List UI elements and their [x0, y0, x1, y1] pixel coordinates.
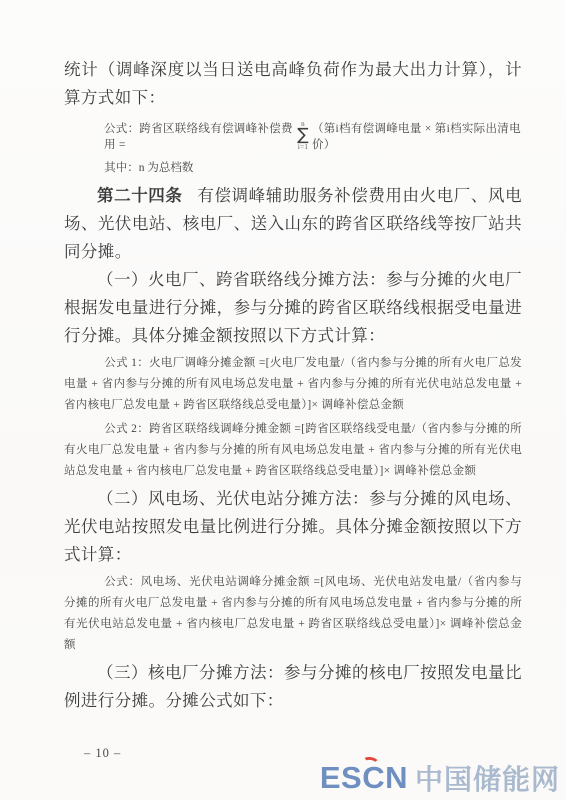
paragraph-continuation: 统计（调峰深度以当日送电高峰负荷作为最大出力计算），计算方式如下：: [64, 56, 522, 112]
sigma-icon: ∑: [297, 128, 309, 143]
formula-main-prefix: 公式：跨省区联络线有偿调峰补偿费用 =: [104, 120, 294, 152]
escn-logo-site-name: 中国储能网: [415, 758, 560, 798]
article-24-heading: 第二十四条: [97, 186, 183, 205]
document-content: 统计（调峰深度以当日送电高峰负荷作为最大出力计算），计算方式如下： 公式：跨省区…: [64, 56, 522, 715]
formula-1-paragraph: 公式 1：火电厂调峰分摊金额 =[火电厂发电量/（省内参与分摊的所有火电厂总发电…: [64, 353, 522, 416]
document-page: 统计（调峰深度以当日送电高峰负荷作为最大出力计算），计算方式如下： 公式：跨省区…: [0, 0, 566, 800]
summation-symbol: n ∑ i=1: [297, 121, 309, 152]
page-number: – 10 –: [84, 746, 121, 761]
escn-logo-letters: ESCN: [320, 760, 408, 795]
item-2-paragraph: （二）风电场、光伏电站分摊方法：参与分摊的风电场、光伏电站按照发电量比例进行分摊…: [64, 485, 522, 569]
formula-2-paragraph: 公式 2：跨省区联络线调峰分摊金额 =[跨省区联络线受电量/（省内参与分摊的所有…: [64, 419, 522, 482]
formula-3-paragraph: 公式：风电场、光伏电站调峰分摊金额 =[风电场、光伏电站发电量/（省内参与分摊的…: [64, 572, 522, 656]
escn-logo-text: ESCN: [320, 760, 408, 796]
item-1-paragraph: （一）火电厂、跨省联络线分摊方法：参与分摊的火电厂根据发电量进行分摊，参与分摊的…: [64, 266, 522, 350]
item-3-paragraph: （三）核电厂分摊方法：参与分摊的核电厂按照发电量比例进行分摊。分摊公式如下：: [64, 659, 522, 715]
formula-note: 其中：n 为总档数: [64, 158, 522, 179]
formula-main-suffix: （第i档有偿调峰电量 × 第i档实际出清电价）: [312, 120, 522, 152]
formula-main-row: 公式：跨省区联络线有偿调峰补偿费用 = n ∑ i=1 （第i档有偿调峰电量 ×…: [64, 118, 522, 154]
article-24-paragraph: 第二十四条有偿调峰辅助服务补偿费用由火电厂、风电场、光伏电站、核电厂、送入山东的…: [64, 182, 522, 266]
escn-logo: ESCN 中国储能网: [320, 758, 560, 798]
summation-lower-limit: i=1: [298, 144, 308, 152]
